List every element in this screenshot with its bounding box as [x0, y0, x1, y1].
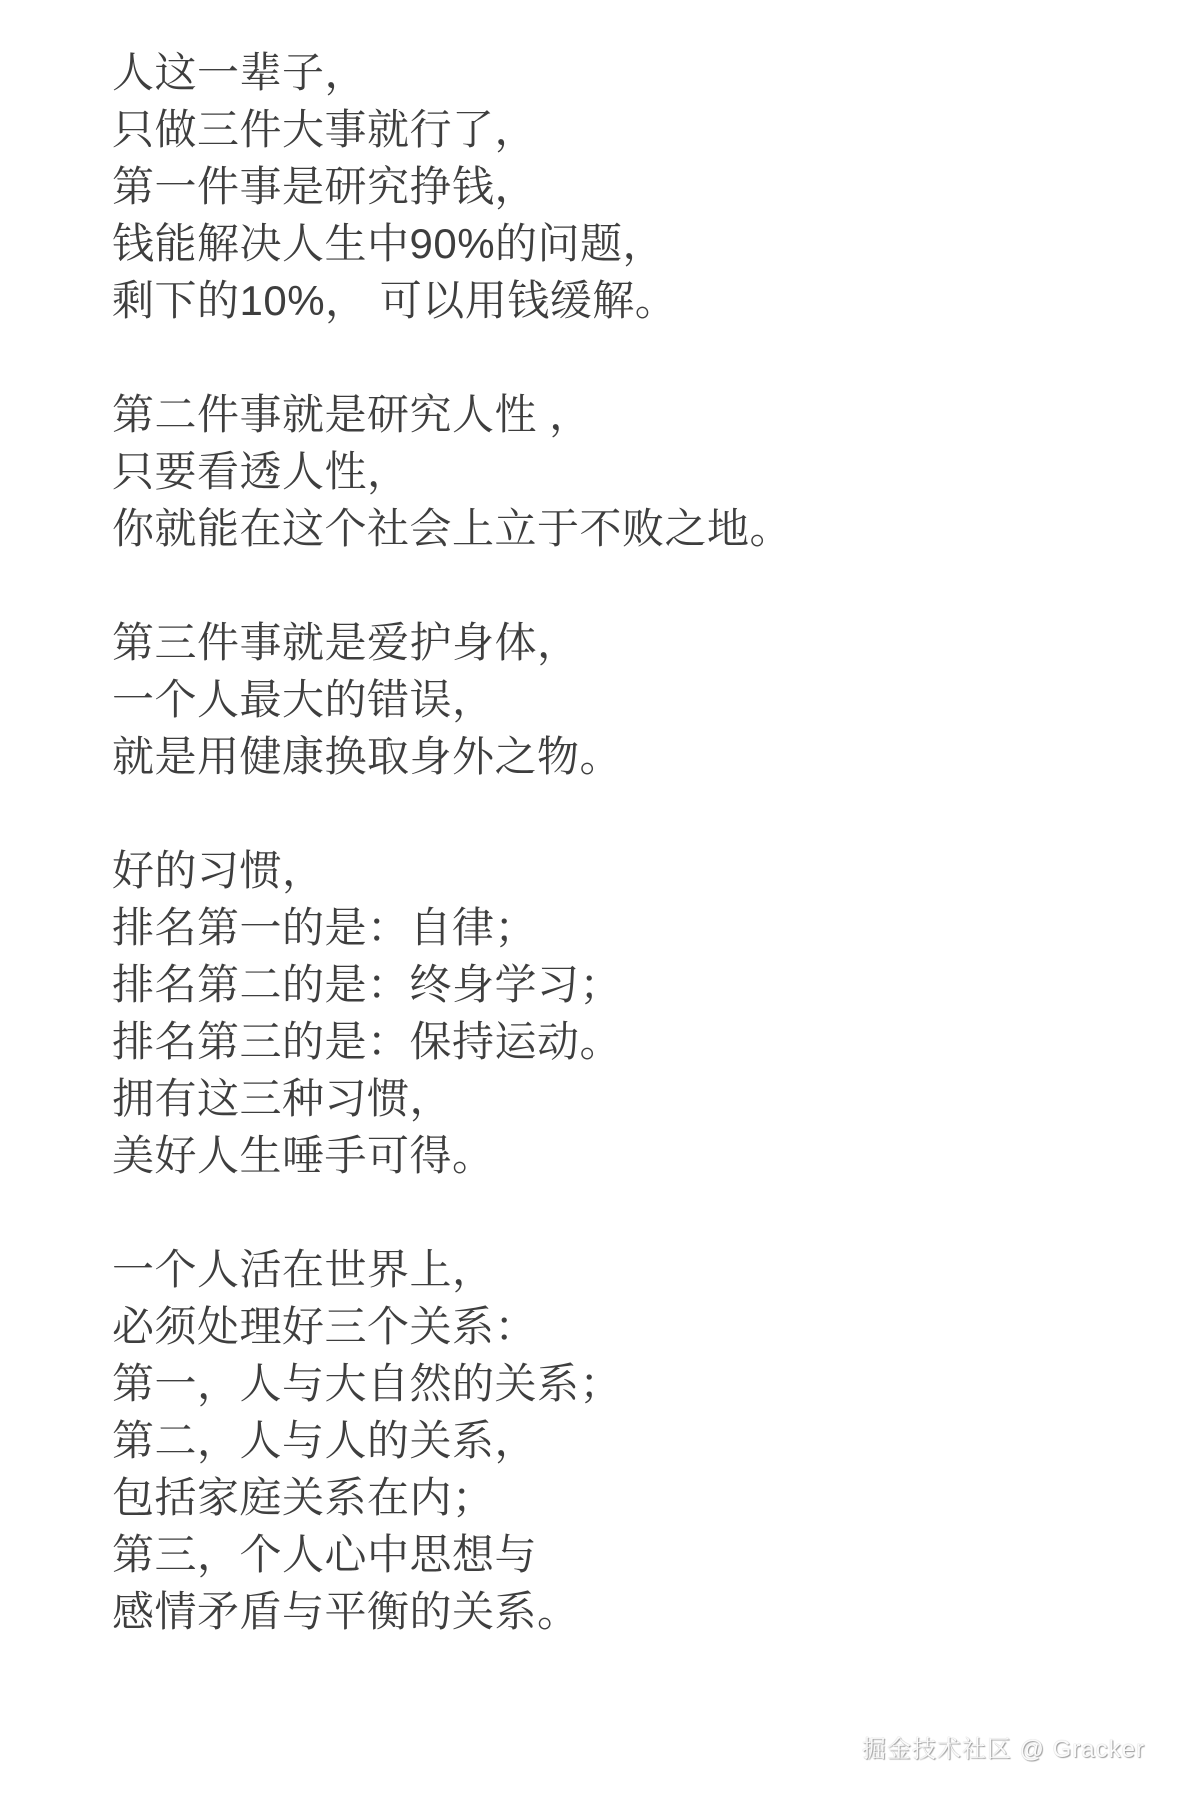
- text-line: 第二，人与人的关系，: [112, 1412, 1139, 1469]
- text-line: 第二件事就是研究人性 ，: [112, 386, 1139, 443]
- watermark: 掘金技术社区 @ Gracker: [862, 1729, 1145, 1764]
- text-line: 一个人最大的错误，: [112, 671, 1139, 728]
- paragraph: 第二件事就是研究人性 ，只要看透人性，你就能在这个社会上立于不败之地。: [112, 386, 1139, 557]
- text-line: 好的习惯，: [112, 842, 1139, 899]
- text-line: 就是用健康换取身外之物。: [112, 728, 1139, 785]
- text-line: 美好人生唾手可得。: [112, 1127, 1139, 1184]
- text-line: 必须处理好三个关系：: [112, 1298, 1139, 1355]
- paragraph: 人这一辈子，只做三件大事就行了，第一件事是研究挣钱，钱能解决人生中90%的问题，…: [112, 44, 1139, 329]
- text-line: 排名第一的是：自律；: [112, 899, 1139, 956]
- text-line: 人这一辈子，: [112, 44, 1139, 101]
- text-line: 排名第三的是：保持运动。: [112, 1013, 1139, 1070]
- text-line: 只要看透人性，: [112, 443, 1139, 500]
- text-line: 包括家庭关系在内；: [112, 1469, 1139, 1526]
- paragraph: 第三件事就是爱护身体，一个人最大的错误，就是用健康换取身外之物。: [112, 614, 1139, 785]
- text-line: 钱能解决人生中90%的问题，: [112, 215, 1139, 272]
- text-line: 第一，人与大自然的关系；: [112, 1355, 1139, 1412]
- text-line: 拥有这三种习惯，: [112, 1070, 1139, 1127]
- paragraph: 好的习惯，排名第一的是：自律；排名第二的是：终身学习；排名第三的是：保持运动。拥…: [112, 842, 1139, 1184]
- text-line: 剩下的10%， 可以用钱缓解。: [112, 272, 1139, 329]
- text-line: 一个人活在世界上，: [112, 1241, 1139, 1298]
- paragraph: 一个人活在世界上，必须处理好三个关系：第一，人与大自然的关系；第二，人与人的关系…: [112, 1241, 1139, 1640]
- text-line: 只做三件大事就行了，: [112, 101, 1139, 158]
- page: 人这一辈子，只做三件大事就行了，第一件事是研究挣钱，钱能解决人生中90%的问题，…: [0, 0, 1179, 1794]
- text-line: 第一件事是研究挣钱，: [112, 158, 1139, 215]
- text-body: 人这一辈子，只做三件大事就行了，第一件事是研究挣钱，钱能解决人生中90%的问题，…: [112, 44, 1139, 1640]
- text-line: 第三件事就是爱护身体，: [112, 614, 1139, 671]
- text-line: 排名第二的是：终身学习；: [112, 956, 1139, 1013]
- text-line: 你就能在这个社会上立于不败之地。: [112, 500, 1139, 557]
- text-line: 感情矛盾与平衡的关系。: [112, 1583, 1139, 1640]
- text-line: 第三，个人心中思想与: [112, 1526, 1139, 1583]
